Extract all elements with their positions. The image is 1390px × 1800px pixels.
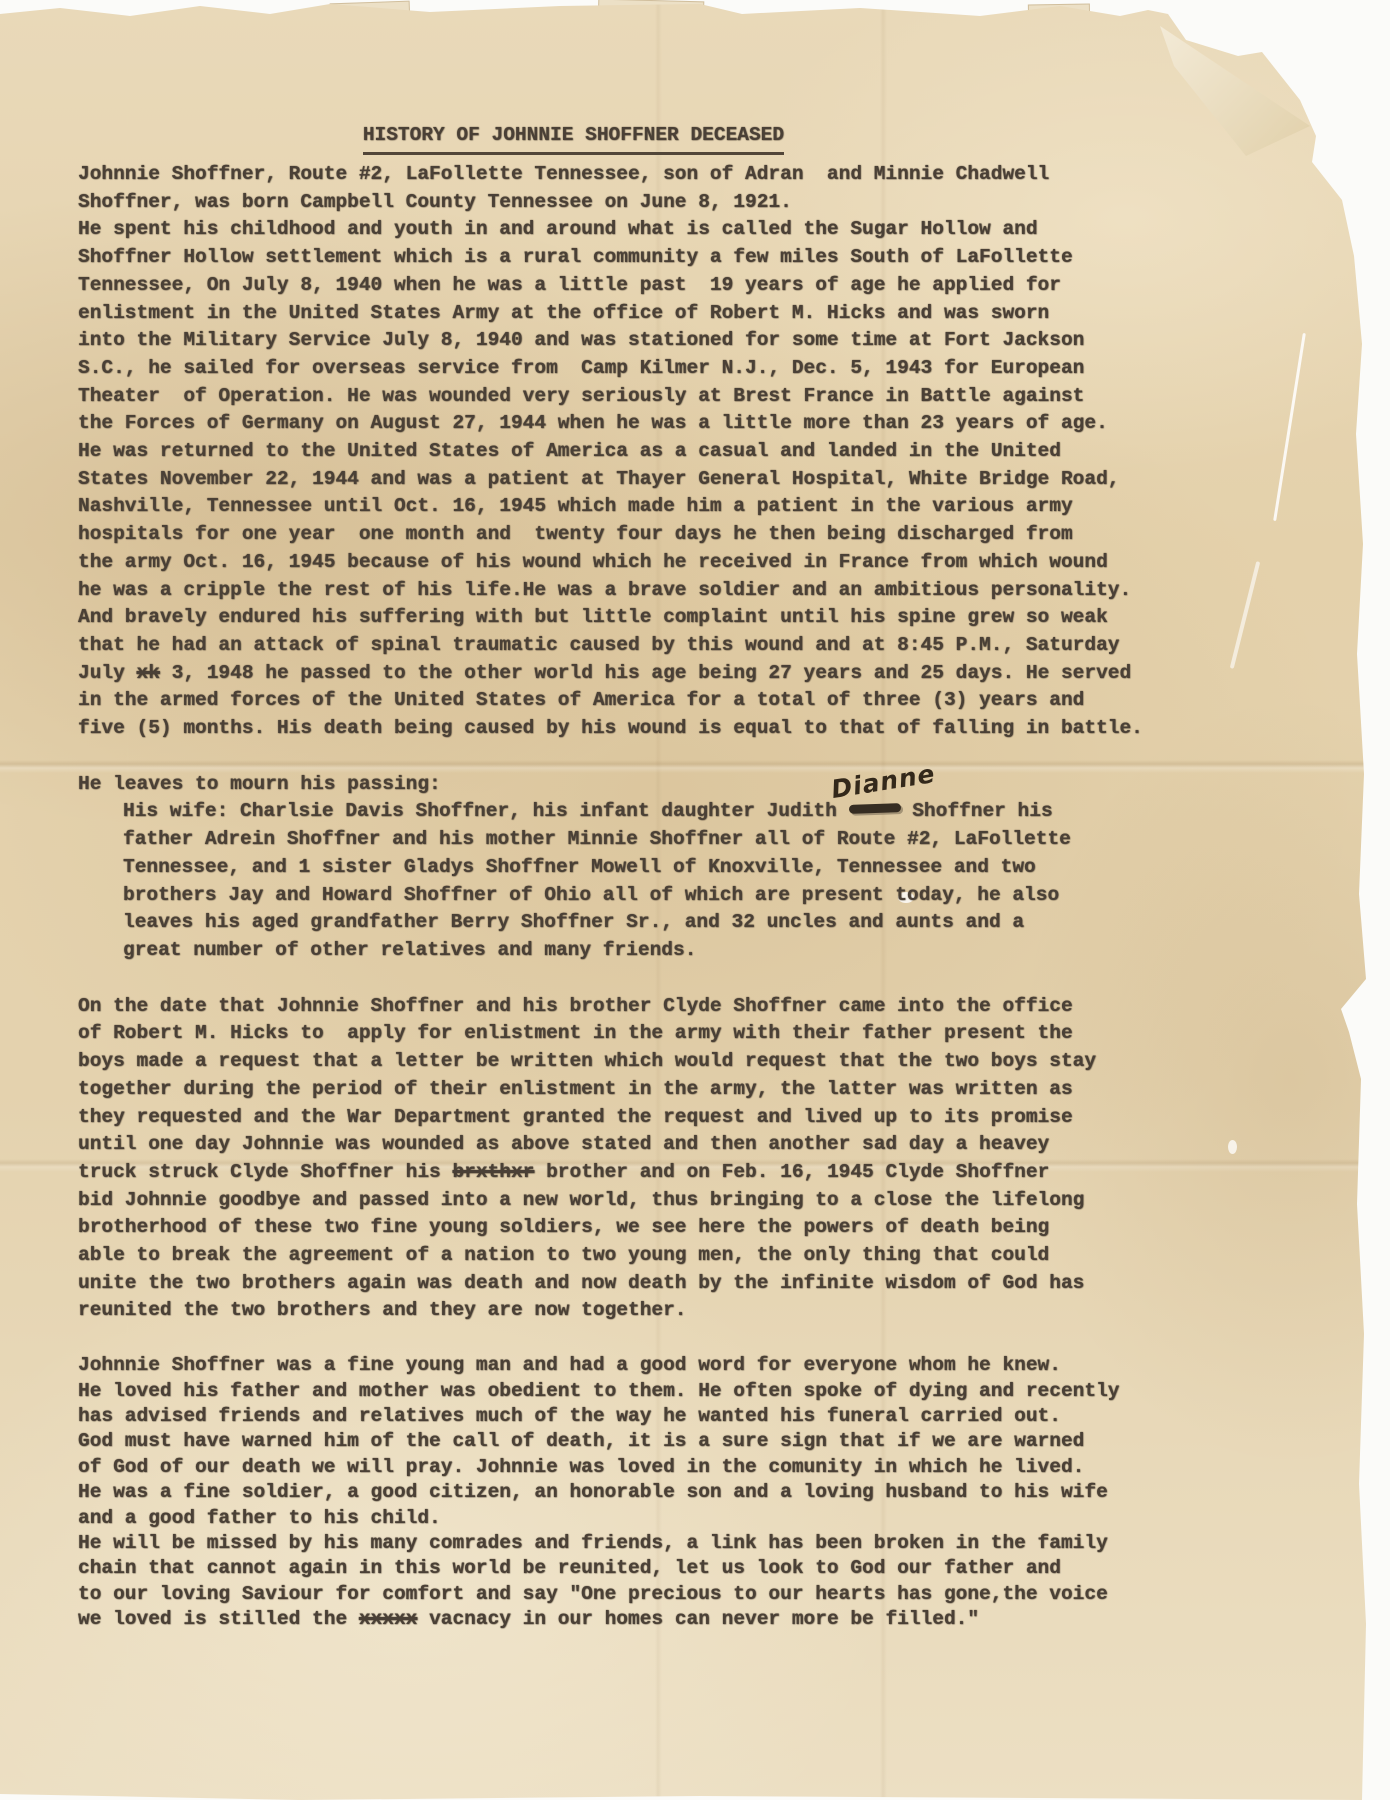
document-content: HISTORY OF JOHNNIE SHOFFNER DECEASED Joh… — [0, 0, 1372, 1633]
paragraph-survivors: He leaves to mourn his passing: His wife… — [78, 771, 1372, 965]
typed-strikethrough: brxthxr — [452, 1161, 534, 1183]
paragraph-brothers-enlistment: On the date that Johnnie Shoffner and hi… — [78, 993, 1372, 1325]
line-with-correction: July xk 3, 1948 he passed to the other w… — [78, 660, 1372, 688]
paragraph-service-history: Johnnie Shoffner, Route #2, LaFollette T… — [78, 161, 1372, 743]
line-with-correction: we loved is stilled the xxxxx vacnacy in… — [78, 1607, 1372, 1632]
text-segment: we loved is stilled the — [78, 1608, 359, 1630]
text-segment: July — [78, 662, 137, 684]
paragraph-text: father Adrein Shoffner and his mother Mi… — [123, 826, 1372, 965]
page-title: HISTORY OF JOHNNIE SHOFFNER DECEASED — [363, 122, 784, 156]
line-with-correction: truck struck Clyde Shoffner his brxthxr … — [78, 1159, 1372, 1187]
mourn-heading: He leaves to mourn his passing: — [78, 771, 1372, 799]
text-segment: 3, 1948 he passed to the other world his… — [160, 662, 1131, 684]
handwritten-annotation: Dianne — [829, 760, 937, 804]
paragraph-eulogy: Johnnie Shoffner was a fine young man an… — [78, 1353, 1372, 1632]
survivors-list: His wife: Charlsie Davis Shoffner, his i… — [78, 798, 1372, 964]
text-segment: truck struck Clyde Shoffner his — [78, 1161, 452, 1183]
line-with-annotation: His wife: Charlsie Davis Shoffner, his i… — [123, 798, 1372, 826]
typed-strikethrough: xk — [137, 662, 160, 684]
paragraph-text: bid Johnnie goodbye and passed into a ne… — [78, 1187, 1372, 1326]
paragraph-text: Johnnie Shoffner, Route #2, LaFollette T… — [78, 161, 1372, 660]
correction-area: Dianne — [849, 798, 901, 826]
title-row: HISTORY OF JOHNNIE SHOFFNER DECEASED — [78, 94, 1372, 122]
ink-scribble — [848, 804, 900, 815]
text-segment: His wife: Charlsie Davis Shoffner, his i… — [123, 800, 849, 822]
paragraph-text: Johnnie Shoffner was a fine young man an… — [78, 1353, 1372, 1607]
paragraph-text: in the armed forces of the United States… — [78, 687, 1372, 742]
paragraph-text: On the date that Johnnie Shoffner and hi… — [78, 993, 1372, 1159]
text-segment: brother and on Feb. 16, 1945 Clyde Shoff… — [534, 1161, 1049, 1183]
text-segment: Shoffner his — [901, 800, 1053, 822]
text-segment: vacnacy in our homes can never more be f… — [417, 1608, 979, 1630]
typed-strikethrough: xxxxx — [359, 1608, 418, 1630]
